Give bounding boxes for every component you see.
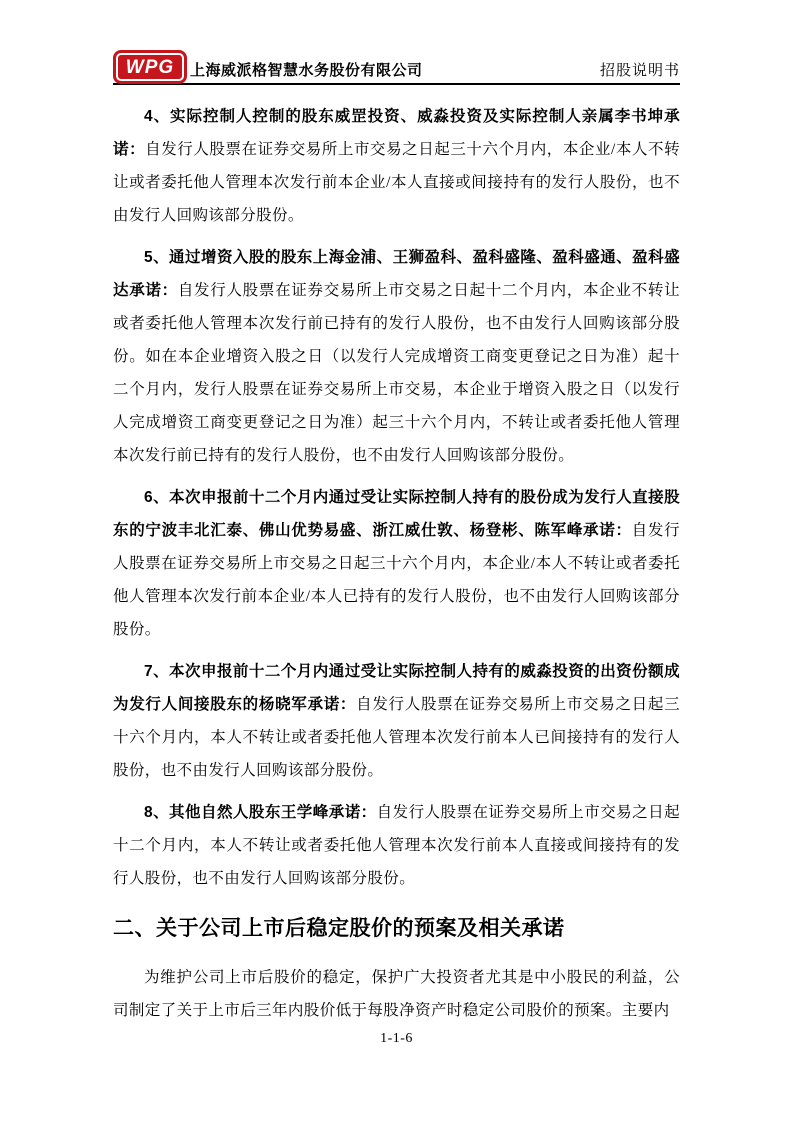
paragraph-item-6: 6、本次申报前十二个月内通过受让实际控制人持有的股份成为发行人直接股东的宁波丰北… xyxy=(113,481,680,646)
closing-paragraph: 为维护公司上市后股价的稳定，保护广大投资者尤其是中小股民的利益，公司制定了关于上… xyxy=(113,961,680,1027)
company-name: 上海威派格智慧水务股份有限公司 xyxy=(190,59,423,82)
doc-type-label: 招股说明书 xyxy=(600,59,680,82)
paragraph-4-text: 自发行人股票在证券交易所上市交易之日起三十六个月内，本企业/本人不转让或者委托他… xyxy=(113,141,680,224)
header-left: WPG 上海威派格智慧水务股份有限公司 xyxy=(113,48,423,82)
paragraph-item-5: 5、通过增资入股的股东上海金浦、王狮盈科、盈科盛隆、盈科盛通、盈科盛达承诺：自发… xyxy=(113,241,680,472)
paragraph-item-7: 7、本次申报前十二个月内通过受让实际控制人持有的威淼投资的出资份额成为发行人间接… xyxy=(113,655,680,787)
paragraph-item-4: 4、实际控制人控制的股东威罡投资、威淼投资及实际控制人亲属李书坤承诺：自发行人股… xyxy=(113,100,680,232)
wpg-logo: WPG xyxy=(113,50,187,84)
paragraph-6-text: 自发行人股票在证券交易所上市交易之日起三十六个月内，本企业/本人不转让或者委托他… xyxy=(113,522,680,638)
prospectus-page: WPG 上海威派格智慧水务股份有限公司 招股说明书 4、实际控制人控制的股东威罡… xyxy=(0,0,793,1122)
paragraph-item-8: 8、其他自然人股东王学峰承诺：自发行人股票在证券交易所上市交易之日起十二个月内，… xyxy=(113,796,680,895)
page-content: WPG 上海威派格智慧水务股份有限公司 招股说明书 4、实际控制人控制的股东威罡… xyxy=(113,48,680,1027)
paragraph-5-text: 自发行人股票在证券交易所上市交易之日起十二个月内，本企业不转让或者委托他人管理本… xyxy=(113,282,680,464)
paragraph-6-lead: 6、本次申报前十二个月内通过受让实际控制人持有的股份成为发行人直接股东的宁波丰北… xyxy=(113,489,680,539)
wpg-logo-text: WPG xyxy=(116,53,184,81)
page-number: 1-1-6 xyxy=(0,1031,793,1047)
document-body: 4、实际控制人控制的股东威罡投资、威淼投资及实际控制人亲属李书坤承诺：自发行人股… xyxy=(113,100,680,1027)
page-header: WPG 上海威派格智慧水务股份有限公司 招股说明书 xyxy=(113,48,680,85)
section-heading: 二、关于公司上市后稳定股价的预案及相关承诺 xyxy=(113,914,680,944)
paragraph-8-lead: 8、其他自然人股东王学峰承诺： xyxy=(144,804,377,821)
